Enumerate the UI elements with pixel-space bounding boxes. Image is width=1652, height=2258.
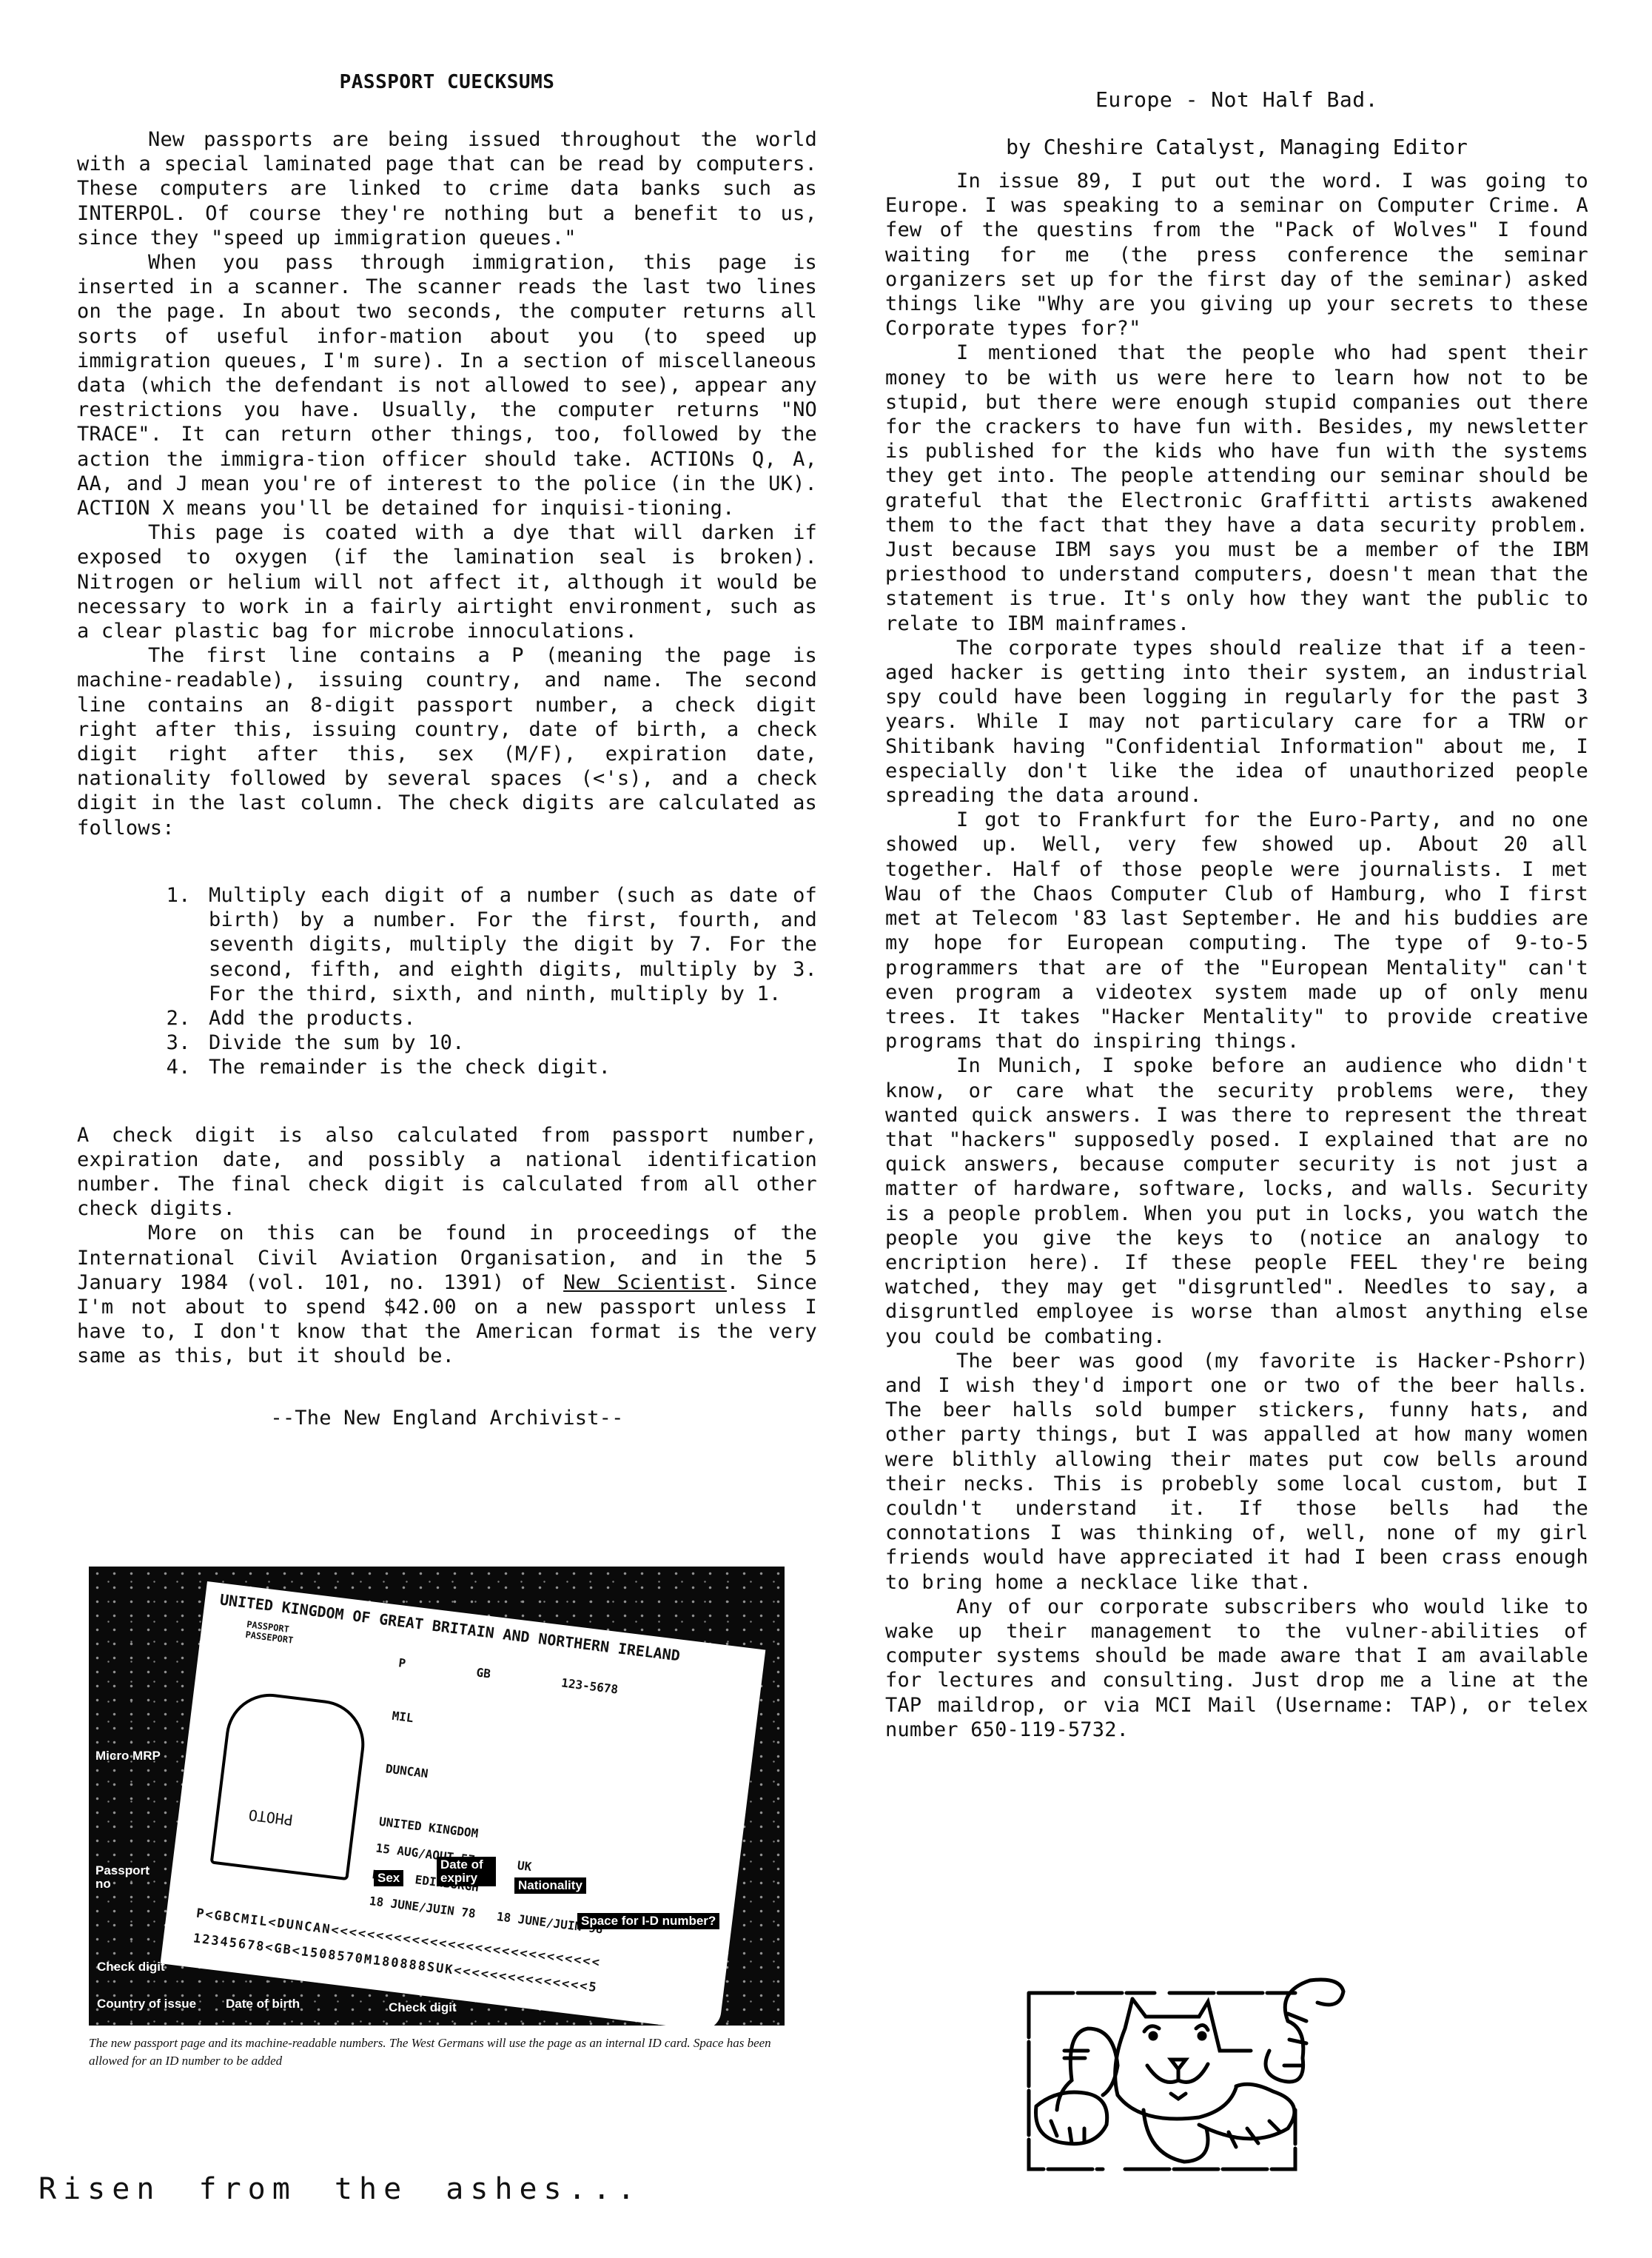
label-nationality: Nationality	[514, 1877, 586, 1894]
right-article-byline: by Cheshire Catalyst, Managing Editor	[885, 135, 1588, 159]
label-country-of-issue: Country of issue	[93, 1996, 200, 2012]
paragraph: In issue 89, I put out the word. I was g…	[885, 169, 1588, 341]
label-passport-no: Passport no	[92, 1863, 144, 1892]
passport-page: UNITED KINGDOM OF GREAT BRITAIN AND NORT…	[161, 1581, 766, 2026]
paragraph: I mentioned that the people who had spen…	[885, 341, 1588, 635]
label-sex: Sex	[374, 1870, 403, 1886]
right-article-body: In issue 89, I put out the word. I was g…	[885, 169, 1588, 1742]
step-item: Divide the sum by 10.	[203, 1031, 817, 1055]
label-date-of-birth: Date of birth	[222, 1996, 303, 2012]
paragraph: This page is coated with a dye that will…	[77, 520, 817, 643]
check-digit-steps: Multiply each digit of a number (such as…	[77, 883, 817, 1080]
paragraph: In Munich, I spoke before an audience wh…	[885, 1053, 1588, 1348]
photo-placeholder: PHOTO	[210, 1689, 370, 1880]
step-item: Multiply each digit of a number (such as…	[203, 883, 817, 1006]
paragraph: The corporate types should realize that …	[885, 636, 1588, 808]
left-article-title: PASSPORT CUECKSUMS	[77, 71, 817, 93]
passport-fields: P GB 123-5678 MIL DUNCAN UNITED KINGDOM …	[368, 1649, 634, 1943]
paragraph: When you pass through immigration, this …	[77, 250, 817, 520]
passport-kind: PASSPORT PASSEPORT	[245, 1619, 295, 1646]
paragraph: New passports are being issued throughou…	[77, 127, 817, 250]
label-micro-mrp: Micro MRP	[92, 1748, 164, 1764]
paragraph: I got to Frankfurt for the Euro-Party, a…	[885, 808, 1588, 1053]
footer-tagline: Risen from the ashes...	[38, 2172, 642, 2206]
author-signature: --The New England Archivist--	[77, 1406, 817, 1430]
paragraph: Any of our corporate subscribers who wou…	[885, 1595, 1588, 1742]
left-article-body: New passports are being issued throughou…	[77, 127, 817, 1430]
paragraph: The beer was good (my favorite is Hacker…	[885, 1349, 1588, 1595]
cheshire-cat-icon	[1014, 1969, 1399, 2191]
label-check-digit-final: Check digit	[385, 2000, 460, 2016]
step-item: The remainder is the check digit.	[203, 1055, 817, 1079]
paragraph-closing: More on this can be found in proceedings…	[77, 1221, 817, 1368]
figure-caption: The new passport page and its machine-re…	[89, 2034, 785, 2070]
label-date-of-expiry: Date of expiry	[437, 1857, 496, 1886]
step-item: Add the products.	[203, 1006, 817, 1031]
right-article-title: Europe - Not Half Bad.	[885, 87, 1588, 112]
new-scientist-reference: New Scientist	[563, 1271, 727, 1294]
passport-figure: UNITED KINGDOM OF GREAT BRITAIN AND NORT…	[89, 1567, 785, 2026]
label-space-for-id: Space for I-D number?	[577, 1913, 719, 1929]
label-check-digit: Check digit	[93, 1959, 169, 1975]
paragraph: The first line contains a P (meaning the…	[77, 643, 817, 840]
paragraph: A check digit is also calculated from pa…	[77, 1123, 817, 1222]
photo-label: PHOTO	[248, 1806, 295, 1829]
